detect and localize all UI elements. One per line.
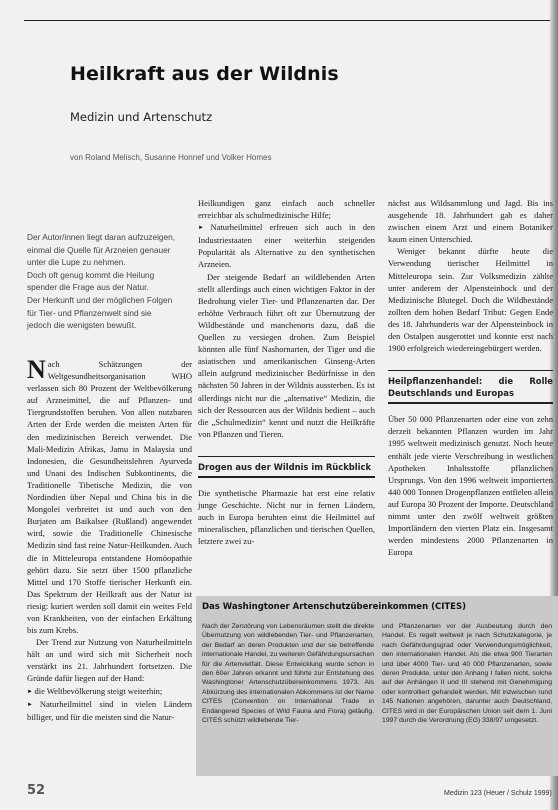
- section-heading-heilpflanzenhandel: Heilpflanzenhandel: die Rolle Deutschlan…: [388, 370, 553, 404]
- intro-line: unter die Lupe zu nehmen.: [27, 256, 192, 269]
- body-column-3: nächst aus Wildsammlung und Jagd. Bis in…: [388, 197, 553, 558]
- paragraph: Über 50 000 Pflanzenarten oder eine von …: [388, 413, 553, 558]
- paragraph: nächst aus Wildsammlung und Jagd. Bis in…: [388, 197, 553, 245]
- article-subtitle: Medizin und Artenschutz: [70, 110, 212, 124]
- article-authors: von Roland Melisch, Susanne Honnef und V…: [70, 153, 271, 162]
- cites-infobox: Das Washingtoner Artenschutzübereinkomme…: [196, 596, 558, 776]
- intro-line: für Tier- und Pflanzenwelt sind sie: [27, 307, 192, 320]
- article-title: Heilkraft aus der Wildnis: [70, 63, 339, 85]
- opening-paragraph: Nach Schätzungen der Weltgesundheitsorga…: [27, 358, 192, 636]
- page-number: 52: [27, 783, 45, 798]
- top-rule: [24, 20, 552, 21]
- paragraph: Weniger bekannt dürfte heute die Verwend…: [388, 245, 553, 354]
- infobox-column-1: Nach der Zerstörung von Lebensräumen ste…: [202, 622, 374, 725]
- paragraph: Der Trend zur Nutzung von Naturheilmitte…: [27, 636, 192, 684]
- intro-line: Der Autor/innen liegt daran aufzuzeigen,: [27, 231, 192, 244]
- drop-cap: N: [27, 359, 46, 381]
- body-column-1: Nach Schätzungen der Weltgesundheitsorga…: [27, 358, 192, 723]
- intro-line: spender die Frage aus der Natur.: [27, 281, 192, 294]
- paragraph: Die synthetische Pharmazie hat erst eine…: [198, 487, 375, 547]
- infobox-column-2: und Pflanzenarten vor der Ausbeutung dur…: [382, 622, 552, 725]
- publication-reference: Medizin 123 (Heuer / Schulz 1999): [444, 790, 552, 797]
- intro-line: einmal die Quelle für Arzneien genauer: [27, 244, 192, 257]
- infobox-title: Das Washingtoner Artenschutzübereinkomme…: [202, 602, 466, 612]
- bullet-item: die Weltbevölkerung steigt weiterhin;: [27, 685, 192, 698]
- section-heading-drogen: Drogen aus der Wildnis im Rückblick: [198, 456, 375, 478]
- paragraph: Der steigende Bedarf an wildlebenden Art…: [198, 271, 375, 440]
- body-column-2: Heilkundigen ganz einfach auch schneller…: [198, 197, 375, 547]
- intro-line: Der Herkunft und der möglichen Folgen: [27, 294, 192, 307]
- paragraph: Heilkundigen ganz einfach auch schneller…: [198, 197, 375, 221]
- intro-line: Doch oft genug kommt die Heilung: [27, 269, 192, 282]
- bullet-item: Naturheilmittel sind in vielen Ländern b…: [27, 698, 192, 723]
- bullet-item: Naturheilmittel erfreuen sich auch in de…: [198, 221, 375, 270]
- intro-line: jedoch die wenigsten bewußt.: [27, 319, 192, 332]
- intro-teaser: Der Autor/innen liegt daran aufzuzeigen,…: [27, 231, 192, 332]
